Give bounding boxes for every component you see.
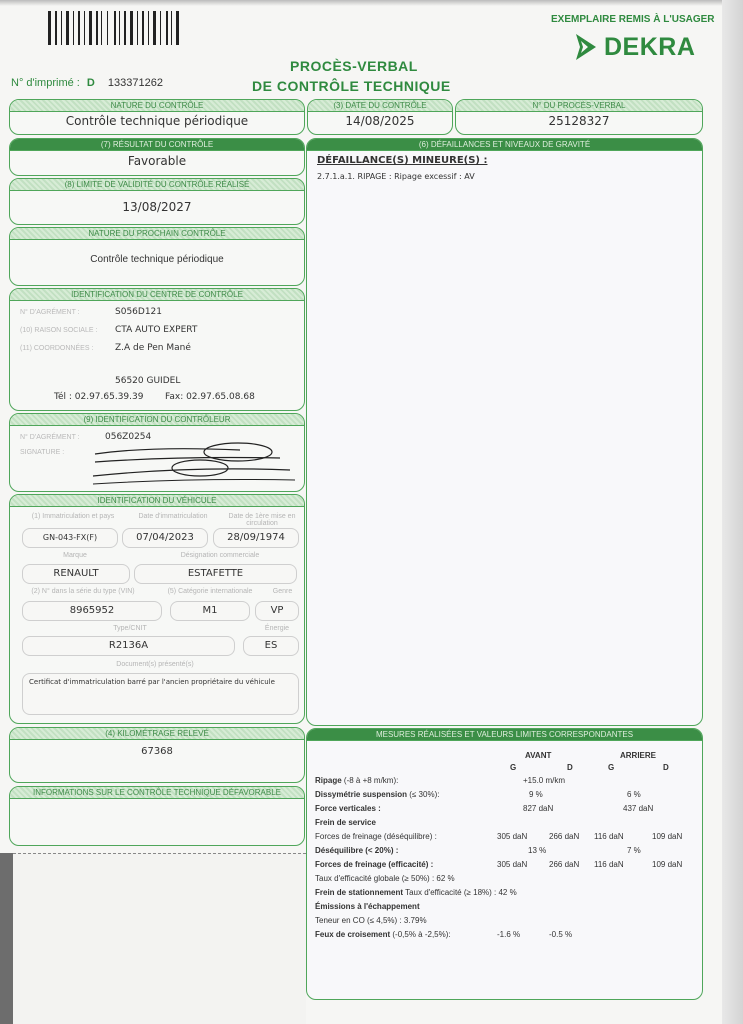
nature-value: Contrôle technique périodique (10, 112, 304, 128)
brand-name: DEKRA (604, 33, 695, 62)
imprime-series: D (87, 77, 95, 89)
pv-number: 25128327 (456, 112, 702, 128)
centre-box: IDENTIFICATION DU CENTRE DE CONTRÔLE N° … (9, 288, 305, 411)
dissymetrie-av: 9 % (529, 790, 543, 799)
frein-service-title: Frein de service (315, 818, 376, 827)
vehicule-header: IDENTIFICATION DU VÉHICULE (10, 495, 304, 507)
genre-value: VP (255, 601, 299, 621)
arriere-d-header: D (663, 763, 669, 772)
designation-label: Désignation commerciale (140, 552, 300, 559)
paper-edge (722, 0, 743, 1024)
dekra-arrow-icon (574, 32, 598, 62)
immat-label: (1) Immatriculation et pays (18, 513, 128, 520)
desequilibre-row: Déséquilibre (< 20%) : (315, 846, 398, 855)
scan-shadow (0, 0, 722, 6)
centre-agrement-label: N° D'AGRÉMENT : (20, 309, 80, 316)
type-value: R2136A (22, 636, 235, 656)
date-immat-value: 07/04/2023 (122, 528, 208, 548)
next-control-box: NATURE DU PROCHAIN CONTRÔLE Contrôle tec… (9, 227, 305, 286)
defaillance-category: DÉFAILLANCE(S) MINEURE(S) : (317, 155, 487, 166)
feux-row: Feux de croisement (-0,5% à -2,5%): (315, 930, 451, 939)
ff-deseq-label: Forces de freinage (déséquilibre) : (315, 832, 437, 841)
document-title-line2: DE CONTRÔLE TECHNIQUE (252, 78, 451, 94)
centre-raison: CTA AUTO EXPERT (115, 325, 197, 335)
signature-image (90, 436, 300, 486)
arriere-header: ARRIERE (620, 751, 656, 760)
pv-header: N° DU PROCÈS-VERBAL (456, 100, 702, 112)
imprime-label: N° d'imprimé : (11, 77, 80, 89)
forces-verticales-row: Force verticales : (315, 804, 381, 813)
centre-raison-label: (10) RAISON SOCIALE : (20, 327, 97, 334)
designation-value: ESTAFETTE (134, 564, 297, 584)
nature-box: NATURE DU CONTRÔLE Contrôle technique pé… (9, 99, 305, 135)
ripage-row: Ripage (-8 à +8 m/km): (315, 776, 398, 785)
ff-deseq-av-d: 266 daN (549, 832, 579, 841)
avant-header: AVANT (525, 751, 551, 760)
ff-deseq-ar-g: 116 daN (594, 832, 624, 841)
defaillance-item: 2.7.1.a.1. RIPAGE : Ripage excessif : AV (317, 172, 475, 181)
co-value: Teneur en CO (≤ 4,5%) : 3.79% (315, 916, 427, 925)
avant-d-header: D (567, 763, 573, 772)
defaillances-header: (6) DÉFAILLANCES ET NIVEAUX DE GRAVITÉ (307, 139, 702, 151)
mesures-box: MESURES RÉALISÉES ET VALEURS LIMITES COR… (306, 728, 703, 1000)
desequilibre-ar: 7 % (627, 846, 641, 855)
docs-label: Document(s) présenté(s) (70, 661, 240, 668)
emissions-title: Émissions à l'échappement (315, 902, 420, 911)
desequilibre-av: 13 % (528, 846, 546, 855)
first-circ-value: 28/09/1974 (213, 528, 299, 548)
date-header: (3) DATE DU CONTRÔLE (308, 100, 452, 112)
ff-deseq-ar-d: 109 daN (652, 832, 682, 841)
km-value: 67368 (10, 740, 304, 757)
forces-verticales-av: 827 daN (523, 804, 553, 813)
vin-value: 8965952 (22, 601, 162, 621)
result-box: (7) RÉSULTAT DU CONTRÔLE Favorable (9, 138, 305, 176)
feux-d: -0.5 % (549, 930, 572, 939)
defavorable-header: INFORMATIONS SUR LE CONTRÔLE TECHNIQUE D… (10, 787, 304, 799)
controleur-box: (9) IDENTIFICATION DU CONTRÔLEUR N° D'AG… (9, 413, 305, 492)
defaillances-box: (6) DÉFAILLANCES ET NIVEAUX DE GRAVITÉ D… (306, 138, 703, 726)
ff-eff-ar-d: 109 daN (652, 860, 682, 869)
km-box: (4) KILOMÉTRAGE RELEVÉ 67368 (9, 727, 305, 783)
type-label: Type/CNIT (70, 625, 190, 632)
result-value: Favorable (10, 151, 304, 168)
copy-note: EXEMPLAIRE REMIS À L'USAGER (551, 14, 715, 25)
avant-g-header: G (510, 763, 516, 772)
marque-value: RENAULT (22, 564, 130, 584)
document-title-line1: PROCÈS-VERBAL (290, 58, 418, 74)
forces-verticales-ar: 437 daN (623, 804, 653, 813)
barcode (48, 11, 198, 45)
dissymetrie-ar: 6 % (627, 790, 641, 799)
imprime-number: N° d'imprimé : D 133371262 (11, 77, 163, 89)
ff-deseq-av-g: 305 daN (497, 832, 527, 841)
validity-box: (8) LIMITE DE VALIDITÉ DU CONTRÔLE RÉALI… (9, 178, 305, 225)
ff-eff-ar-g: 116 daN (594, 860, 624, 869)
ff-eff-av-g: 305 daN (497, 860, 527, 869)
date-immat-label: Date d'immatriculation (128, 513, 218, 520)
taux-global: Taux d'efficacité globale (≥ 50%) : 62 % (315, 874, 455, 883)
next-control-value: Contrôle technique périodique (10, 240, 304, 265)
feux-g: -1.6 % (497, 930, 520, 939)
nature-header: NATURE DU CONTRÔLE (10, 100, 304, 112)
categorie-value: M1 (170, 601, 250, 621)
frein-stationnement-row: Frein de stationnement Taux d'efficacité… (315, 888, 517, 897)
dekra-logo: DEKRA (574, 32, 695, 62)
centre-address: Z.A de Pen Mané (115, 343, 191, 353)
vehicule-box: IDENTIFICATION DU VÉHICULE (1) Immatricu… (9, 494, 305, 724)
date-box: (3) DATE DU CONTRÔLE 14/08/2025 (307, 99, 453, 135)
centre-city: 56520 GUIDEL (115, 376, 180, 386)
first-circ-label: Date de 1ère mise en circulation (222, 513, 302, 527)
mesures-header: MESURES RÉALISÉES ET VALEURS LIMITES COR… (307, 729, 702, 741)
next-control-header: NATURE DU PROCHAIN CONTRÔLE (10, 228, 304, 240)
validity-date: 13/08/2027 (10, 191, 304, 214)
centre-coord-label: (11) COORDONNÉES : (20, 345, 93, 352)
categorie-label: (5) Catégorie internationale (160, 588, 260, 595)
controleur-agrement-label: N° D'AGRÉMENT : (20, 434, 80, 441)
folded-paper (13, 853, 306, 1024)
validity-header: (8) LIMITE DE VALIDITÉ DU CONTRÔLE RÉALI… (10, 179, 304, 191)
ff-efficacite-row: Forces de freinage (efficacité) : (315, 860, 433, 869)
dissymetrie-row: Dissymétrie suspension (≤ 30%): (315, 790, 439, 799)
signature-label: SIGNATURE : (20, 449, 64, 456)
pv-box: N° DU PROCÈS-VERBAL 25128327 (455, 99, 703, 135)
vin-label: (2) N° dans la série du type (VIN) (18, 588, 148, 595)
result-header: (7) RÉSULTAT DU CONTRÔLE (10, 139, 304, 151)
genre-label: Genre (265, 588, 300, 595)
imprime-value: 133371262 (108, 77, 163, 89)
controleur-header: (9) IDENTIFICATION DU CONTRÔLEUR (10, 414, 304, 426)
energie-label: Énergie (255, 625, 299, 632)
docs-value: Certificat d'immatriculation barré par l… (22, 673, 299, 715)
ff-eff-av-d: 266 daN (549, 860, 579, 869)
arriere-g-header: G (608, 763, 614, 772)
scan-fold (0, 853, 13, 1024)
marque-label: Marque (30, 552, 120, 559)
ripage-av: +15.0 m/km (523, 776, 565, 785)
centre-agrement: S056D121 (115, 307, 162, 317)
centre-fax: Fax: 02.97.65.08.68 (165, 392, 255, 402)
centre-header: IDENTIFICATION DU CENTRE DE CONTRÔLE (10, 289, 304, 301)
km-header: (4) KILOMÉTRAGE RELEVÉ (10, 728, 304, 740)
immat-value: GN-043-FX(F) (22, 528, 118, 548)
control-date: 14/08/2025 (308, 112, 452, 128)
defavorable-box: INFORMATIONS SUR LE CONTRÔLE TECHNIQUE D… (9, 786, 305, 846)
energie-value: ES (243, 636, 299, 656)
centre-tel: Tél : 02.97.65.39.39 (54, 392, 143, 402)
